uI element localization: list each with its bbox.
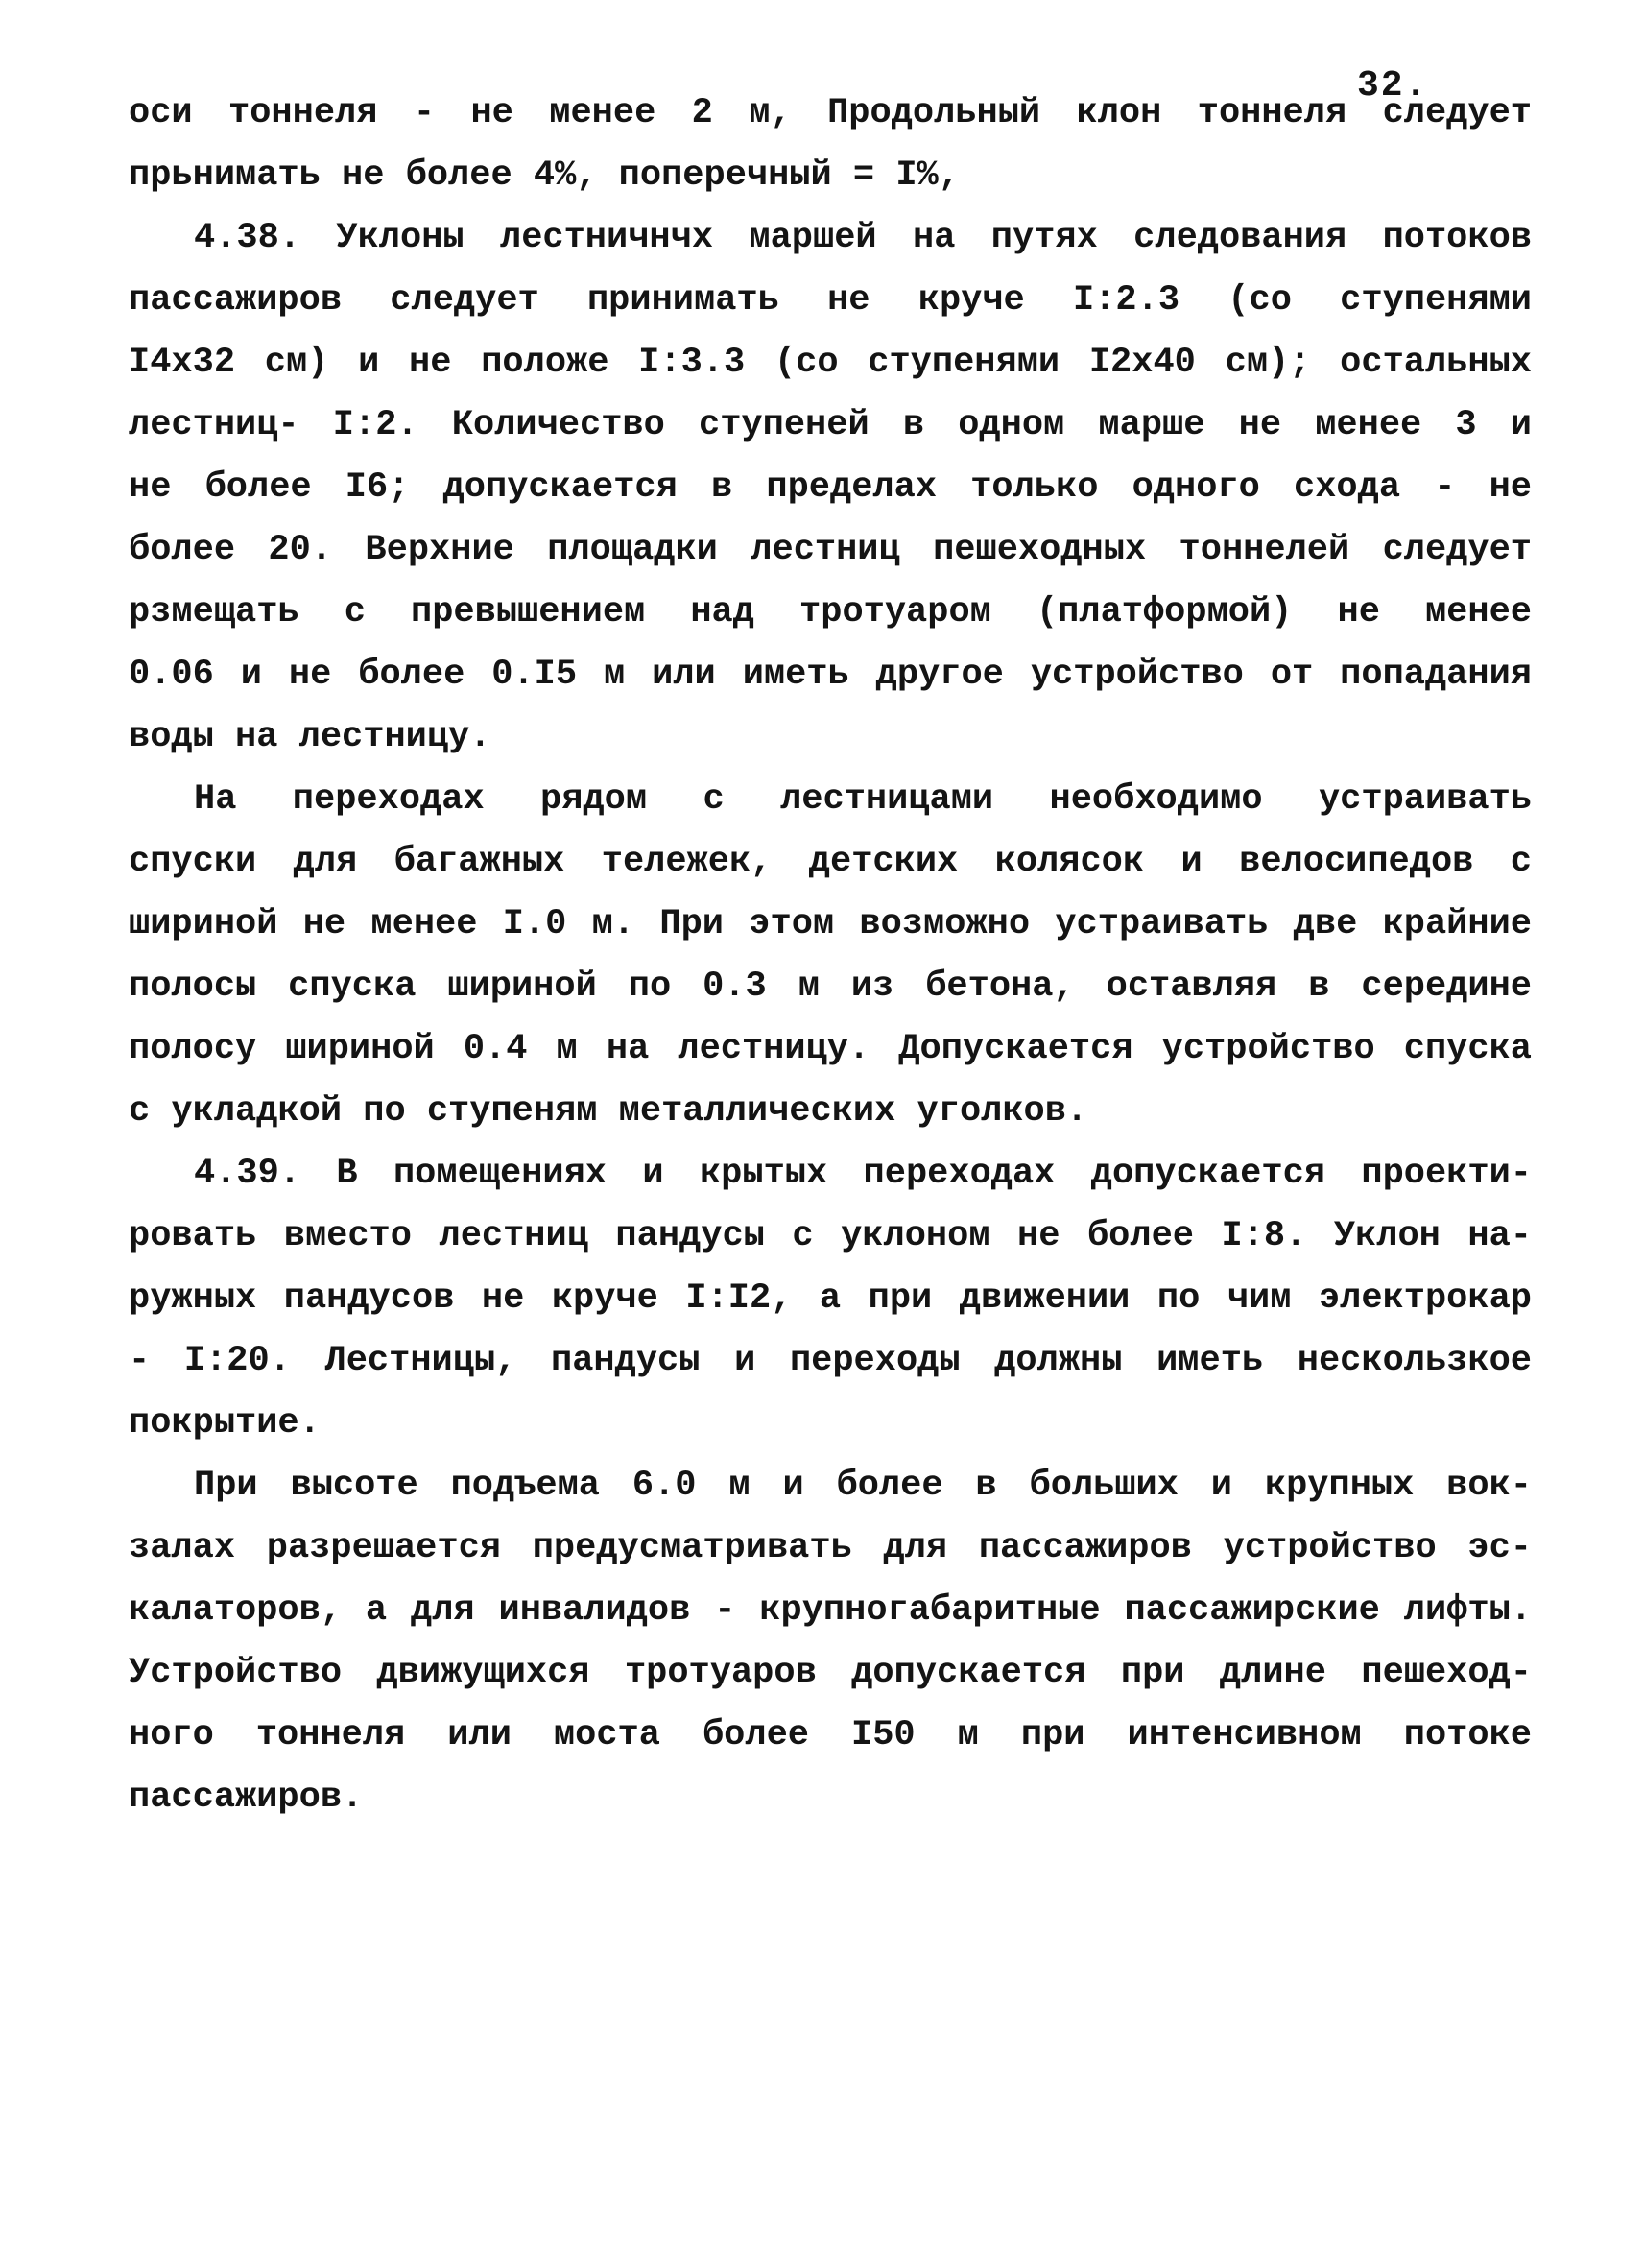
text-line: пассажиров. — [129, 1767, 1532, 1829]
text-line: калаторов, а для инвалидов - крупногабар… — [129, 1580, 1532, 1642]
text-line: При высоте подъема 6.0 м и более в больш… — [129, 1455, 1532, 1517]
text-line: 4.39. В помещениях и крытых переходах до… — [129, 1143, 1532, 1206]
text-line: Устройство движущихся тротуаров допускае… — [129, 1642, 1532, 1705]
text-line: пассажиров следует принимать не круче I:… — [129, 270, 1532, 332]
text-block: оси тоннеля - не менее 2 м, Продольный к… — [129, 83, 1532, 1829]
text-line: 4.38. Уклоны лестничнчх маршей на путях … — [129, 207, 1532, 270]
text-line: не более I6; допускается в пределах толь… — [129, 457, 1532, 519]
text-line: 0.06 и не более 0.I5 м или иметь другое … — [129, 644, 1532, 706]
text-line: прьнимать не более 4%, поперечный = I%, — [129, 145, 1532, 207]
text-line: На переходах рядом с лестницами необходи… — [129, 769, 1532, 831]
text-line: I4х32 см) и не положе I:3.3 (со ступеням… — [129, 332, 1532, 394]
text-line: ного тоннеля или моста более I50 м при и… — [129, 1705, 1532, 1767]
text-line: ровать вместо лестниц пандусы с уклоном … — [129, 1206, 1532, 1268]
text-line: залах разрешается предусматривать для па… — [129, 1517, 1532, 1580]
text-line: рзмещать с превышением над тротуаром (пл… — [129, 582, 1532, 644]
text-line: более 20. Верхние площадки лестниц пешех… — [129, 519, 1532, 582]
text-line: лестниц- I:2. Количество ступеней в одно… — [129, 394, 1532, 457]
text-line: оси тоннеля - не менее 2 м, Продольный к… — [129, 83, 1532, 145]
text-line: спуски для багажных тележек, детских кол… — [129, 831, 1532, 894]
text-line: воды на лестницу. — [129, 706, 1532, 769]
text-line: полосы спуска шириной по 0.3 м из бетона… — [129, 956, 1532, 1018]
text-line: покрытие. — [129, 1393, 1532, 1455]
text-line: ружных пандусов не круче I:I2, а при дви… — [129, 1268, 1532, 1330]
text-line: - I:20. Лестницы, пандусы и переходы дол… — [129, 1330, 1532, 1393]
document-page: 32. оси тоннеля - не менее 2 м, Продольн… — [0, 0, 1644, 2268]
text-line: шириной не менее I.0 м. При этом возможн… — [129, 894, 1532, 956]
text-line: полосу шириной 0.4 м на лестницу. Допуск… — [129, 1018, 1532, 1081]
text-line: с укладкой по ступеням металлических уго… — [129, 1081, 1532, 1143]
